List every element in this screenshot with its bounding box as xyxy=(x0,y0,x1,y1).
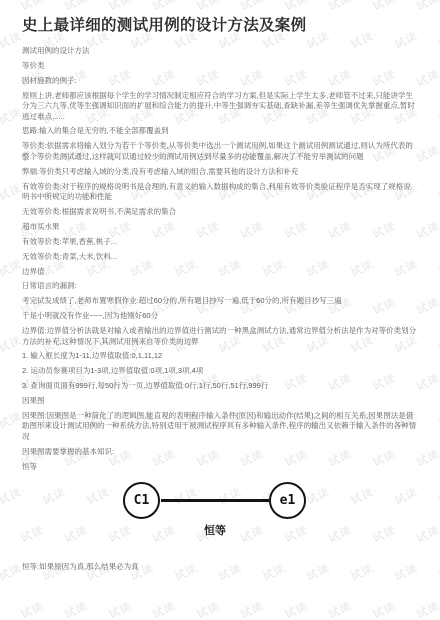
page-title: 史上最详细的测试用例的设计方法及案例 xyxy=(22,13,418,35)
list-item: 1. 输入框长度为1-11,边界值取值:0,1,11,12 xyxy=(22,351,418,361)
doc-paragraph: 弊端:等价类只考虑输入域的分类,没有考虑输入域的组合,需要其他的设计方法和补充 xyxy=(22,167,418,177)
list-item: 3. 查询面页面有999行,每50行为一页,边界值取值:0行,1行,50行,51… xyxy=(22,381,418,391)
doc-paragraph: 超市买水果 xyxy=(22,222,418,232)
cause-effect-identity-diagram: C1 e1 恒等 xyxy=(22,480,418,556)
doc-paragraph: 无效等价类:根据需求说明书,不满足需求的集合 xyxy=(22,207,418,217)
doc-paragraph: 日常语言的漏洞: xyxy=(22,281,418,291)
doc-paragraph: 等价类:依据需求将输入划分为若干个等价类,从等价类中选出一个测试用例,如果这个测… xyxy=(22,141,418,162)
doc-paragraph: 考完试发成绩了,老师布置寒假作业:超过60分的,所有题目抄写一遍,低于60分的,… xyxy=(22,296,418,306)
doc-paragraph: 原则上讲,老师都应该根据每个学生的学习情况制定相应符合的学习方案,但是实际上学生… xyxy=(22,91,418,122)
doc-paragraph: 因果图:因果图是一种简化了的逻辑图,能直观的表明程序输入条件(原因)和输出动作(… xyxy=(22,411,418,442)
doc-paragraph: 恒等 xyxy=(22,462,418,472)
section-heading-equivalence-class: 等价类 xyxy=(22,61,418,71)
section-heading-boundary-value: 边界值 xyxy=(22,267,418,277)
doc-paragraph: 有效等价类:苹果,香蕉,桃子... xyxy=(22,237,418,247)
doc-paragraph: 因果图需要掌握的基本知识: xyxy=(22,447,418,457)
doc-paragraph: 边界值:边界值分析法就是对输入或者输出的边界值进行测试的一种黑盒测试方法,通常边… xyxy=(22,326,418,347)
identity-edge-label: 恒等 xyxy=(161,522,269,538)
doc-subtitle: 测试用例的设计方法 xyxy=(22,46,418,56)
doc-paragraph: 恒等:如果原因为真,那么结果必为真 xyxy=(22,562,418,572)
doc-paragraph: 思路:输入的集合是无穷的,不能全部都覆盖到 xyxy=(22,126,418,136)
doc-paragraph: 因材施教的例子: xyxy=(22,76,418,86)
doc-paragraph: 于是小明就没有作业~~~,因为他刚好60分 xyxy=(22,311,418,321)
document-page: 史上最详细的测试用例的设计方法及案例 测试用例的设计方法 等价类 因材施教的例子… xyxy=(0,0,440,620)
doc-paragraph: 有效等价类:对于程序的规格说明书是合理的,有意义的输入数据构成的集合,利用有效等… xyxy=(22,182,418,203)
effect-node-e1: e1 xyxy=(269,482,306,519)
list-item: 2. 运动员参赛项目为1-3项,边界值取值:0项,1项,3项,4项 xyxy=(22,366,418,376)
doc-paragraph: 无效等价类:青菜,大米,饮料... xyxy=(22,252,418,262)
section-heading-cause-effect-graph: 因果图 xyxy=(22,396,418,406)
identity-edge-line xyxy=(161,499,269,502)
cause-node-c1: C1 xyxy=(123,482,160,519)
